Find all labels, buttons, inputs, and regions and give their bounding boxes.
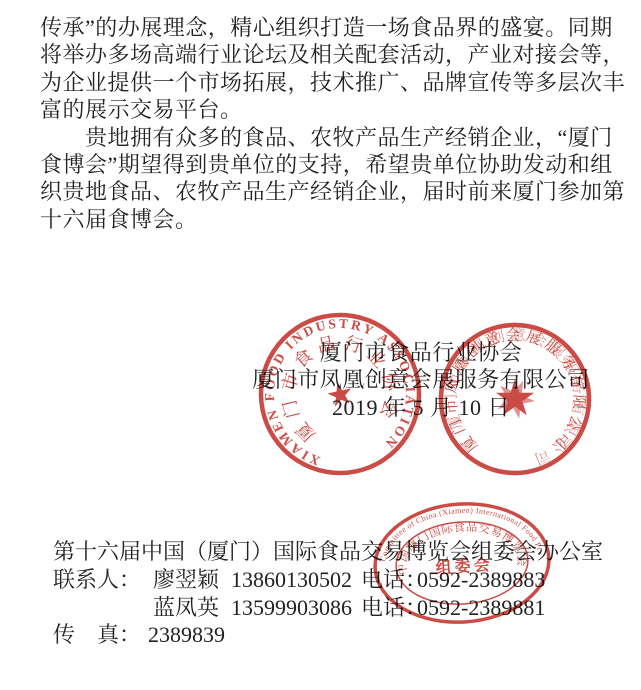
- body-line: 为企业提供一个市场拓展，技术推广、品牌宣传等多层次丰: [40, 69, 606, 96]
- body-line: 传承”的办展理念，精心组织打造一场食品界的盛宴。同期: [40, 14, 606, 41]
- body-line: 富的展示交易平台。: [40, 96, 606, 123]
- association-seal-stamp: XIAMEN FOOD INDUSTRY ASSOCIATION 厦门市食品行业…: [240, 294, 439, 493]
- document-page: 传承”的办展理念，精心组织打造一场食品界的盛宴。同期 将举办多场高端行业论坛及相…: [0, 0, 641, 690]
- fax-number: 2389839: [148, 622, 225, 647]
- fax-row: 传 真：2389839: [53, 621, 613, 649]
- body-line: 织贵地食品、农牧产品生产经销企业，届时前来厦门参加第: [40, 178, 606, 205]
- fax-label: 传 真：: [53, 621, 148, 649]
- body-text: 传承”的办展理念，精心组织打造一场食品界的盛宴。同期 将举办多场高端行业论坛及相…: [40, 14, 606, 233]
- seal-center-text: 组委会: [435, 555, 493, 578]
- contact-mobile: 13599903086: [231, 594, 361, 622]
- contact-name: 蓝凤英: [153, 594, 231, 622]
- oval-seal-icon: Committee of China (Xiamen) Internationa…: [366, 494, 558, 633]
- body-line: 十六届食博会。: [40, 206, 606, 233]
- committee-seal-stamp: Committee of China (Xiamen) Internationa…: [366, 494, 558, 633]
- contact-mobile: 13860130502: [231, 566, 361, 594]
- body-line: 将举办多场高端行业论坛及相关配套活动，产业对接会等，: [40, 41, 606, 68]
- round-seal-icon: XIAMEN FOOD INDUSTRY ASSOCIATION 厦门市食品行业…: [240, 294, 439, 493]
- contact-name: 廖翌颖: [153, 566, 231, 594]
- body-line: 食博会”期望得到贵单位的支持，希望贵单位协助发动和组: [40, 151, 606, 178]
- star-icon: [326, 380, 355, 408]
- round-seal-icon: 厦门市凤凰创意会展服务有限公司: [437, 321, 593, 477]
- body-line: 贵地拥有众多的食品、农牧产品生产经销企业，“厦门: [40, 124, 606, 151]
- company-seal-stamp: 厦门市凤凰创意会展服务有限公司: [437, 321, 593, 477]
- contact-label: 联系人：: [53, 566, 153, 594]
